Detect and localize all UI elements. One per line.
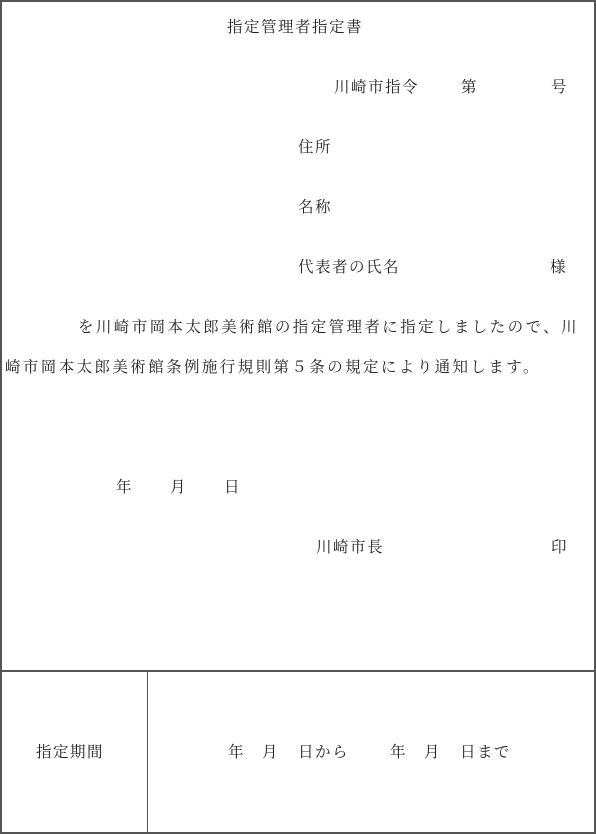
document-frame xyxy=(0,0,596,834)
period-from-day: 日から xyxy=(298,745,349,761)
name-label: 名称 xyxy=(298,200,332,216)
order-number-dai: 第 xyxy=(461,80,478,96)
honorific: 様 xyxy=(550,260,567,276)
date-day: 日 xyxy=(224,480,241,496)
period-to-day: 日まで xyxy=(460,745,511,761)
table-column-divider xyxy=(147,671,148,834)
body-line-2: 崎市岡本太郎美術館条例施行規則第５条の規定により通知します。 xyxy=(5,360,541,376)
address-label: 住所 xyxy=(298,140,332,156)
period-label: 指定期間 xyxy=(36,745,104,761)
document-title: 指定管理者指定書 xyxy=(227,20,363,36)
body-line-1: を川崎市岡本太郎美術館の指定管理者に指定しましたので、川 xyxy=(78,320,579,336)
seal-mark: 印 xyxy=(551,540,568,556)
order-number-go: 号 xyxy=(551,80,568,96)
period-from-month: 月 xyxy=(262,745,279,761)
date-month: 月 xyxy=(170,480,187,496)
table-top-border xyxy=(0,670,596,672)
period-from-year: 年 xyxy=(228,745,245,761)
date-year: 年 xyxy=(116,480,133,496)
order-prefix: 川崎市指令 xyxy=(334,80,419,96)
period-to-year: 年 xyxy=(390,745,407,761)
representative-label: 代表者の氏名 xyxy=(298,260,400,276)
period-to-month: 月 xyxy=(424,745,441,761)
issuer: 川崎市長 xyxy=(316,540,384,556)
